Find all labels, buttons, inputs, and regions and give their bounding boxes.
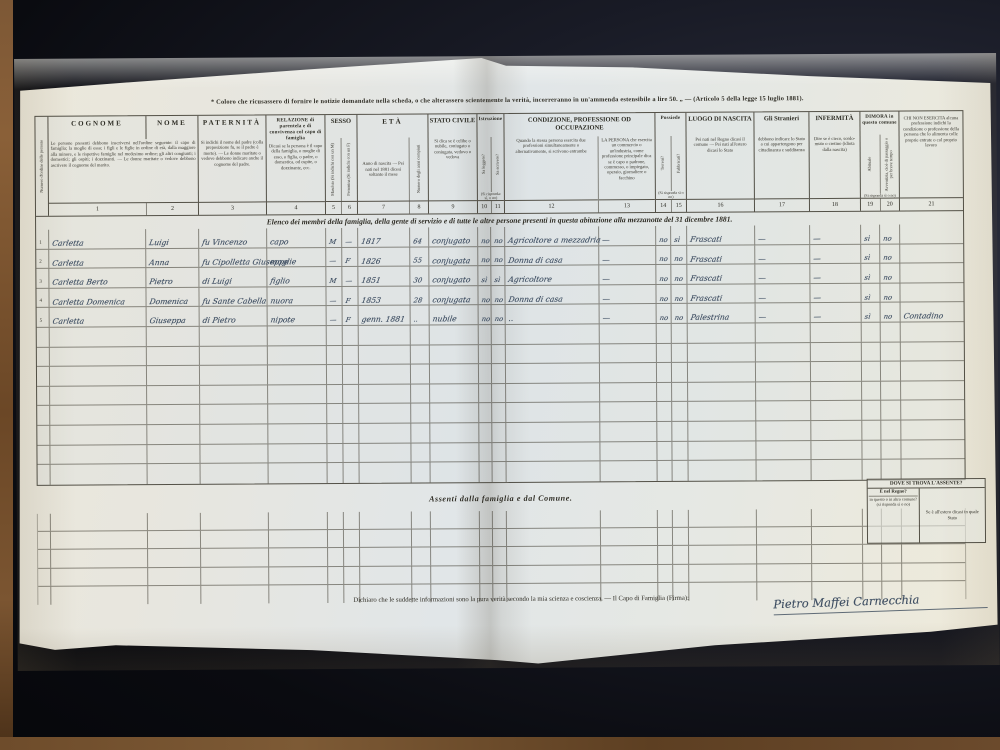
sesso-maschio-cell: Maschio (Si indichi con un M) bbox=[326, 138, 341, 201]
handwritten-entry: no bbox=[494, 316, 504, 323]
cell-persona bbox=[600, 383, 657, 402]
cell-legge bbox=[480, 547, 493, 564]
cell-stranieri: — bbox=[755, 264, 810, 283]
cell-fabbricati: no bbox=[671, 285, 687, 304]
cell-avventizia: no bbox=[880, 283, 900, 302]
cell-cognome: Carletta bbox=[50, 308, 147, 327]
cell-scrive bbox=[493, 511, 507, 528]
cell-infermita: — bbox=[810, 244, 861, 263]
cell-paternita bbox=[200, 346, 268, 365]
handwritten-entry: Anna bbox=[149, 259, 170, 267]
cell-relazione bbox=[269, 512, 328, 530]
cell-relazione bbox=[269, 585, 328, 604]
condizione-12-cell: Quando la stessa persona esercita due pr… bbox=[505, 136, 598, 213]
cell-stranieri bbox=[756, 382, 811, 401]
cell-legge bbox=[479, 325, 492, 344]
handwritten-entry: Palestrina bbox=[690, 314, 730, 322]
cell-stranieri bbox=[756, 421, 811, 440]
cell-fabbricati bbox=[672, 441, 688, 460]
cell-anno bbox=[360, 463, 412, 483]
cell-anno bbox=[360, 548, 412, 566]
sesso-maschio-label: Maschio (Si indichi con un M) bbox=[331, 143, 336, 196]
cell-fabbricati: no bbox=[671, 245, 687, 264]
cell-paternita bbox=[201, 512, 269, 530]
cell-professione: .. bbox=[506, 305, 600, 324]
cell-anni bbox=[411, 325, 430, 344]
cell-scrive bbox=[492, 403, 506, 422]
cell-n bbox=[38, 514, 51, 531]
cell-fabbricati bbox=[672, 422, 688, 441]
cell-fabbricati bbox=[673, 461, 689, 481]
cell-anno bbox=[359, 423, 411, 442]
cell-anno bbox=[359, 345, 411, 364]
cell-chi bbox=[900, 224, 962, 243]
paternita-desc: Si indichi il nome del padre (colla prep… bbox=[199, 138, 266, 201]
handwritten-entry: 1817 bbox=[361, 238, 382, 246]
cell-anni bbox=[412, 463, 431, 483]
cell-f bbox=[344, 512, 360, 529]
cell-abituale: sì bbox=[861, 244, 880, 263]
cell-chi bbox=[901, 322, 963, 341]
cell-anno: 1851 bbox=[358, 267, 410, 286]
sheet-content: * Coloro che ricusassero di fornire le n… bbox=[0, 0, 1000, 750]
abituale-label: Abituale bbox=[868, 157, 873, 172]
istruzione-title: Istruzione bbox=[477, 114, 503, 137]
cell-anni: 64 bbox=[410, 227, 429, 246]
handwritten-entry: 1853 bbox=[361, 297, 382, 305]
cell-stato bbox=[431, 566, 480, 583]
cell-luogo bbox=[688, 323, 756, 342]
dove-estero-cell: Se è all'estero dicasi in quale Stato bbox=[920, 488, 985, 542]
cell-anno bbox=[359, 384, 411, 403]
photo-tilt-wrapper: * Coloro che ricusassero di fornire le n… bbox=[0, 0, 1000, 750]
handwritten-entry: .. bbox=[508, 315, 514, 323]
cell-relazione: nipote bbox=[268, 306, 327, 325]
cell-legge bbox=[480, 566, 493, 583]
istruzione-footer: (Si risponda: sì, o no) bbox=[478, 192, 504, 200]
cell-stato bbox=[431, 529, 480, 546]
cell-relazione bbox=[268, 346, 327, 365]
cell-legge bbox=[479, 345, 492, 364]
eta-anno-label: Anno di nascita — Pei nati nel 1881 dice… bbox=[358, 160, 409, 179]
column-paternita: PATERNITÀ Si indichi il nome del padre (… bbox=[198, 115, 267, 214]
cell-nome bbox=[147, 327, 200, 346]
cell-terreni bbox=[657, 441, 672, 460]
col-num-19: 19 bbox=[861, 199, 880, 211]
cell-stranieri bbox=[756, 362, 811, 381]
ordine-vertical-label: Numero d'ordine delle persone bbox=[39, 140, 44, 193]
cell-stranieri bbox=[757, 509, 812, 527]
handwritten-entry: — bbox=[813, 294, 822, 302]
cell-stato bbox=[431, 548, 480, 565]
col-num-20: 20 bbox=[879, 199, 899, 211]
cell-n bbox=[37, 426, 50, 445]
cell-persona bbox=[601, 565, 658, 583]
cell-fabbricati bbox=[673, 564, 689, 581]
cell-professione: Donna di casa bbox=[505, 285, 599, 304]
cell-terreni bbox=[657, 402, 672, 421]
handwritten-entry: di Luigi bbox=[202, 278, 233, 286]
terreni-cell: Terreni? bbox=[656, 136, 671, 191]
cell-luogo: Frascati bbox=[687, 225, 755, 244]
column-ordine: Numero d'ordine delle persone bbox=[35, 117, 49, 216]
col-num-10: 10 bbox=[478, 201, 491, 213]
cell-f: F bbox=[342, 247, 358, 266]
cell-paternita bbox=[200, 385, 268, 404]
cell-infermita bbox=[812, 509, 863, 526]
eta-anno-cell: Anno di nascita — Pei nati nel 1881 dice… bbox=[358, 138, 409, 201]
cell-abituale bbox=[862, 323, 881, 342]
column-condizione: CONDIZIONE, PROFESSIONE OD OCCUPAZIONE Q… bbox=[504, 113, 656, 213]
handwritten-entry: no bbox=[481, 257, 491, 264]
col-num-11: 11 bbox=[490, 201, 504, 213]
census-table: Numero d'ordine delle persone COGNOME NO… bbox=[34, 110, 965, 485]
paternita-title: PATERNITÀ bbox=[198, 115, 265, 138]
cell-avventizia bbox=[882, 545, 902, 562]
cell-n bbox=[37, 445, 50, 464]
handwritten-entry: F bbox=[345, 317, 351, 324]
handwritten-entry: Pietro bbox=[149, 278, 174, 286]
cell-cognome bbox=[51, 586, 148, 605]
handwritten-entry: Contadino bbox=[903, 313, 944, 321]
cell-m: M bbox=[326, 267, 342, 286]
cell-f: F bbox=[343, 306, 359, 325]
cell-scrive bbox=[492, 384, 506, 403]
cell-anni bbox=[411, 345, 430, 364]
handwritten-entry: fu Sante Cabella bbox=[202, 297, 267, 305]
condizione-13-cell: LA PERSONA che esercita un commercio o u… bbox=[598, 136, 655, 212]
cell-anno: genn. 1881 bbox=[359, 306, 411, 325]
handwritten-entry: Frascati bbox=[690, 275, 723, 283]
cell-avventizia bbox=[881, 381, 901, 400]
cell-scrive bbox=[493, 547, 507, 564]
cell-abituale bbox=[863, 460, 882, 480]
cell-chi bbox=[900, 244, 962, 263]
handwritten-entry: no bbox=[883, 294, 893, 301]
cell-luogo bbox=[688, 402, 756, 421]
cell-persona bbox=[600, 402, 657, 421]
col-num-13: 13 bbox=[599, 199, 655, 212]
cell-infermita bbox=[811, 362, 862, 381]
cell-avventizia: no bbox=[880, 264, 900, 283]
cell-f bbox=[343, 424, 359, 443]
cell-luogo: Frascati bbox=[687, 245, 755, 264]
handwritten-entry: — bbox=[602, 236, 611, 244]
handwritten-entry: — bbox=[329, 317, 337, 324]
cell-m bbox=[327, 385, 343, 404]
handwritten-entry: — bbox=[758, 275, 767, 283]
handwritten-entry: nipote bbox=[270, 317, 296, 325]
cell-nome bbox=[148, 513, 201, 531]
cell-legge bbox=[480, 511, 493, 528]
column-luogo-nascita: LUOGO DI NASCITA Pei nati nel Regno dica… bbox=[686, 112, 755, 211]
cell-paternita: fu Sante Cabella bbox=[199, 287, 267, 306]
cell-infermita bbox=[812, 460, 863, 480]
cell-infermita bbox=[811, 342, 862, 361]
cell-anni: .. bbox=[411, 306, 430, 325]
handwritten-entry: conjugato bbox=[432, 237, 471, 245]
row-number: 4 bbox=[40, 299, 43, 304]
handwritten-entry: sì bbox=[481, 277, 488, 284]
cell-avventizia: no bbox=[880, 225, 900, 244]
cell-n bbox=[38, 532, 51, 549]
handwritten-entry: 1851 bbox=[361, 277, 382, 285]
cell-n bbox=[38, 465, 51, 485]
cell-stato bbox=[430, 364, 479, 383]
cell-cognome bbox=[51, 568, 148, 586]
cell-terreni bbox=[657, 363, 672, 382]
cell-abituale bbox=[862, 401, 881, 420]
cell-relazione bbox=[269, 463, 328, 483]
cell-terreni bbox=[657, 383, 672, 402]
row-number: 1 bbox=[39, 240, 42, 245]
handwritten-entry: 28 bbox=[413, 297, 423, 304]
cell-scrive bbox=[492, 325, 506, 344]
cell-terreni bbox=[658, 565, 673, 582]
handwritten-entry: Donna di casa bbox=[508, 295, 564, 303]
handwritten-entry: no bbox=[494, 257, 504, 264]
cell-terreni bbox=[657, 324, 672, 343]
col-num-21: 21 bbox=[900, 197, 963, 210]
cell-chi bbox=[901, 361, 963, 380]
cell-m bbox=[328, 530, 344, 547]
cell-nome: Pietro bbox=[146, 268, 199, 287]
cell-nome bbox=[148, 549, 201, 567]
column-istruzione: Istruzione Sa leggere? Sa scrivere? (Si … bbox=[477, 114, 505, 213]
eta-anni-label: Numero degli anni compiuti bbox=[416, 145, 421, 194]
col-num-6: 6 bbox=[341, 202, 357, 214]
handwritten-entry: Carletta bbox=[52, 259, 85, 267]
column-sesso: SESSO Maschio (Si indichi con un M) Femm… bbox=[325, 115, 358, 214]
handwritten-entry: Frascati bbox=[690, 255, 723, 263]
cell-luogo bbox=[689, 564, 757, 582]
cell-stato bbox=[431, 511, 480, 528]
cell-abituale bbox=[862, 362, 881, 381]
cell-fabbricati: no bbox=[671, 265, 687, 284]
cell-persona: — bbox=[599, 265, 656, 284]
handwritten-entry: capo bbox=[270, 238, 290, 246]
cell-cognome: Carletta Domenica bbox=[49, 288, 146, 307]
cell-scrive: no bbox=[492, 305, 506, 324]
cell-persona: — bbox=[599, 226, 656, 245]
cell-persona bbox=[601, 461, 658, 481]
sesso-title: SESSO bbox=[325, 115, 356, 138]
cell-chi bbox=[901, 401, 963, 420]
handwritten-entry: no bbox=[494, 238, 504, 245]
cell-paternita bbox=[201, 464, 269, 484]
row-number: 5 bbox=[40, 319, 43, 324]
eta-anni-cell: Numero degli anni compiuti bbox=[409, 137, 428, 200]
handwritten-entry: — bbox=[602, 295, 611, 303]
cell-n bbox=[38, 568, 51, 585]
cognome-nome-desc: Le persone presenti debbono inscriversi … bbox=[49, 139, 198, 203]
cell-professione bbox=[506, 324, 600, 343]
handwritten-entry: no bbox=[481, 316, 491, 323]
handwritten-entry: conjugata bbox=[432, 296, 471, 304]
cell-avventizia: no bbox=[880, 244, 900, 263]
cell-stranieri bbox=[757, 460, 812, 480]
cell-n bbox=[37, 328, 50, 347]
cell-abituale bbox=[863, 563, 882, 580]
col-num-4: 4 bbox=[267, 201, 325, 214]
cell-paternita bbox=[200, 326, 268, 345]
cell-f bbox=[344, 548, 360, 565]
cell-abituale: sì bbox=[861, 264, 880, 283]
cell-anni bbox=[411, 384, 430, 403]
cell-anni bbox=[412, 511, 431, 528]
cell-anno bbox=[359, 326, 411, 345]
stato-title: STATO CIVILE bbox=[428, 114, 476, 137]
luogo-title: LUOGO DI NASCITA bbox=[686, 112, 753, 135]
cell-scrive bbox=[493, 529, 507, 546]
sesso-femmina-label: Femmina (Si indichi con un F) bbox=[347, 143, 352, 196]
handwritten-entry: sì bbox=[864, 255, 871, 262]
cell-nome bbox=[148, 464, 201, 484]
cell-scrive bbox=[492, 442, 506, 461]
handwritten-entry: 30 bbox=[413, 277, 423, 284]
column-possiede: Possiede Terreni? Fabbricati? (Si rispon… bbox=[655, 113, 687, 212]
handwritten-entry: — bbox=[813, 235, 822, 243]
handwritten-entry: no bbox=[674, 315, 684, 322]
cell-infermita bbox=[812, 563, 863, 580]
col-num-9: 9 bbox=[429, 200, 477, 213]
cell-paternita bbox=[200, 444, 268, 463]
handwritten-entry: no bbox=[674, 256, 684, 263]
relazione-desc: Dicasi se la persona è il capo della fam… bbox=[267, 142, 325, 201]
avventizia-label: Avventizia, cioè di passaggio o per brev… bbox=[885, 135, 894, 193]
cell-luogo bbox=[689, 509, 757, 527]
cell-cognome bbox=[50, 425, 147, 444]
handwritten-entry: — bbox=[758, 255, 767, 263]
cell-terreni: no bbox=[656, 265, 671, 284]
cell-anni bbox=[411, 404, 430, 423]
cell-fabbricati bbox=[673, 510, 689, 527]
cell-infermita: — bbox=[810, 264, 861, 283]
handwritten-entry: figlio bbox=[270, 277, 291, 285]
abituale-cell: Abituale bbox=[861, 135, 880, 194]
handwritten-entry: — bbox=[329, 298, 337, 305]
handwritten-entry: F bbox=[345, 258, 351, 265]
fabbricati-label: Fabbricati? bbox=[676, 154, 681, 173]
cognome-title: COGNOME bbox=[48, 116, 145, 140]
cell-fabbricati bbox=[672, 363, 688, 382]
cell-nome bbox=[147, 405, 200, 424]
cell-infermita bbox=[812, 527, 863, 544]
handwritten-entry: Luigi bbox=[149, 239, 170, 247]
handwritten-entry: Frascati bbox=[690, 294, 723, 302]
cell-n bbox=[38, 550, 51, 567]
cell-f bbox=[343, 385, 359, 404]
handwritten-entry: — bbox=[758, 314, 767, 322]
cell-chi: Contadino bbox=[901, 303, 963, 322]
handwritten-entry: moglie bbox=[270, 258, 297, 266]
handwritten-entry: genn. 1881 bbox=[361, 316, 406, 324]
cell-n bbox=[37, 406, 50, 425]
cell-chi bbox=[901, 440, 963, 459]
cell-cognome bbox=[51, 550, 148, 568]
cell-legge bbox=[479, 384, 492, 403]
cell-relazione: figlio bbox=[267, 267, 326, 286]
dove-regno-cell: È nel Regno? in questo o in altro comune… bbox=[868, 488, 920, 542]
row-number: 3 bbox=[39, 280, 42, 285]
cell-stranieri bbox=[756, 343, 811, 362]
cell-m bbox=[328, 512, 344, 529]
cell-luogo bbox=[688, 421, 756, 440]
cell-luogo: Frascati bbox=[687, 284, 755, 303]
cell-terreni bbox=[658, 546, 673, 563]
cell-terreni bbox=[658, 528, 673, 545]
cell-professione bbox=[506, 422, 600, 441]
cell-terreni: no bbox=[656, 226, 671, 245]
condizione-13-desc: LA PERSONA che esercita un commercio o u… bbox=[599, 136, 655, 199]
cell-avventizia bbox=[881, 401, 901, 420]
cell-paternita bbox=[200, 405, 268, 424]
possiede-footer: (Si risponda sì o no) bbox=[656, 191, 686, 199]
handwritten-entry: Domenica bbox=[149, 298, 189, 306]
cell-n: 1 bbox=[36, 230, 49, 249]
cell-legge bbox=[480, 529, 493, 546]
cell-legge: no bbox=[479, 305, 492, 324]
cell-avventizia bbox=[881, 342, 901, 361]
cell-paternita: di Pietro bbox=[200, 307, 268, 326]
cell-fabbricati bbox=[672, 324, 688, 343]
handwritten-entry: M bbox=[329, 278, 337, 285]
handwritten-entry: no bbox=[674, 276, 684, 283]
cell-paternita bbox=[201, 585, 269, 604]
cell-anno bbox=[360, 566, 412, 584]
cell-stato: conjugato bbox=[429, 227, 478, 246]
cell-terreni: no bbox=[656, 285, 671, 304]
handwritten-entry: no bbox=[659, 276, 669, 283]
sa-scrivere-label: Sa scrivere? bbox=[495, 154, 500, 175]
cell-professione bbox=[507, 529, 601, 547]
handwritten-entry: sì bbox=[864, 314, 871, 321]
dove-regno-desc: in questo o in altro comune? (si rispond… bbox=[869, 496, 918, 507]
luogo-desc: Pei nati nel Regno dicasi il comune — Pe… bbox=[687, 135, 754, 198]
handwritten-entry: no bbox=[883, 314, 893, 321]
cell-m: — bbox=[327, 306, 343, 325]
cell-anno bbox=[360, 512, 412, 530]
cell-avventizia: no bbox=[881, 303, 901, 322]
cell-cognome bbox=[50, 327, 147, 346]
handwritten-entry: — bbox=[813, 313, 822, 321]
relazione-title: RELAZIONE di parentela e di convivenza c… bbox=[266, 115, 324, 142]
cell-avventizia bbox=[882, 460, 902, 480]
cell-stato bbox=[430, 443, 479, 462]
cell-anni bbox=[412, 566, 431, 583]
cell-fabbricati bbox=[672, 383, 688, 402]
cell-stato: nubile bbox=[430, 306, 479, 325]
cell-f bbox=[343, 326, 359, 345]
cell-legge bbox=[479, 364, 492, 383]
cell-fabbricati: no bbox=[672, 304, 688, 323]
cell-f: — bbox=[342, 267, 358, 286]
cell-chi bbox=[902, 545, 964, 563]
col-num-18: 18 bbox=[810, 198, 860, 211]
col-num-3: 3 bbox=[199, 201, 266, 214]
cell-fabbricati bbox=[672, 402, 688, 421]
cell-nome bbox=[147, 444, 200, 463]
cell-abituale bbox=[862, 342, 881, 361]
cell-f bbox=[344, 463, 360, 483]
column-eta: ETÀ Anno di nascita — Pei nati nel 1881 … bbox=[357, 114, 429, 213]
photo-backdrop: * Coloro che ricusassero di fornire le n… bbox=[0, 0, 1000, 750]
handwritten-entry: Carletta bbox=[52, 240, 85, 248]
cell-luogo bbox=[689, 546, 757, 564]
cell-relazione bbox=[269, 567, 328, 585]
cell-scrive bbox=[493, 462, 507, 482]
cell-stranieri bbox=[757, 527, 812, 545]
